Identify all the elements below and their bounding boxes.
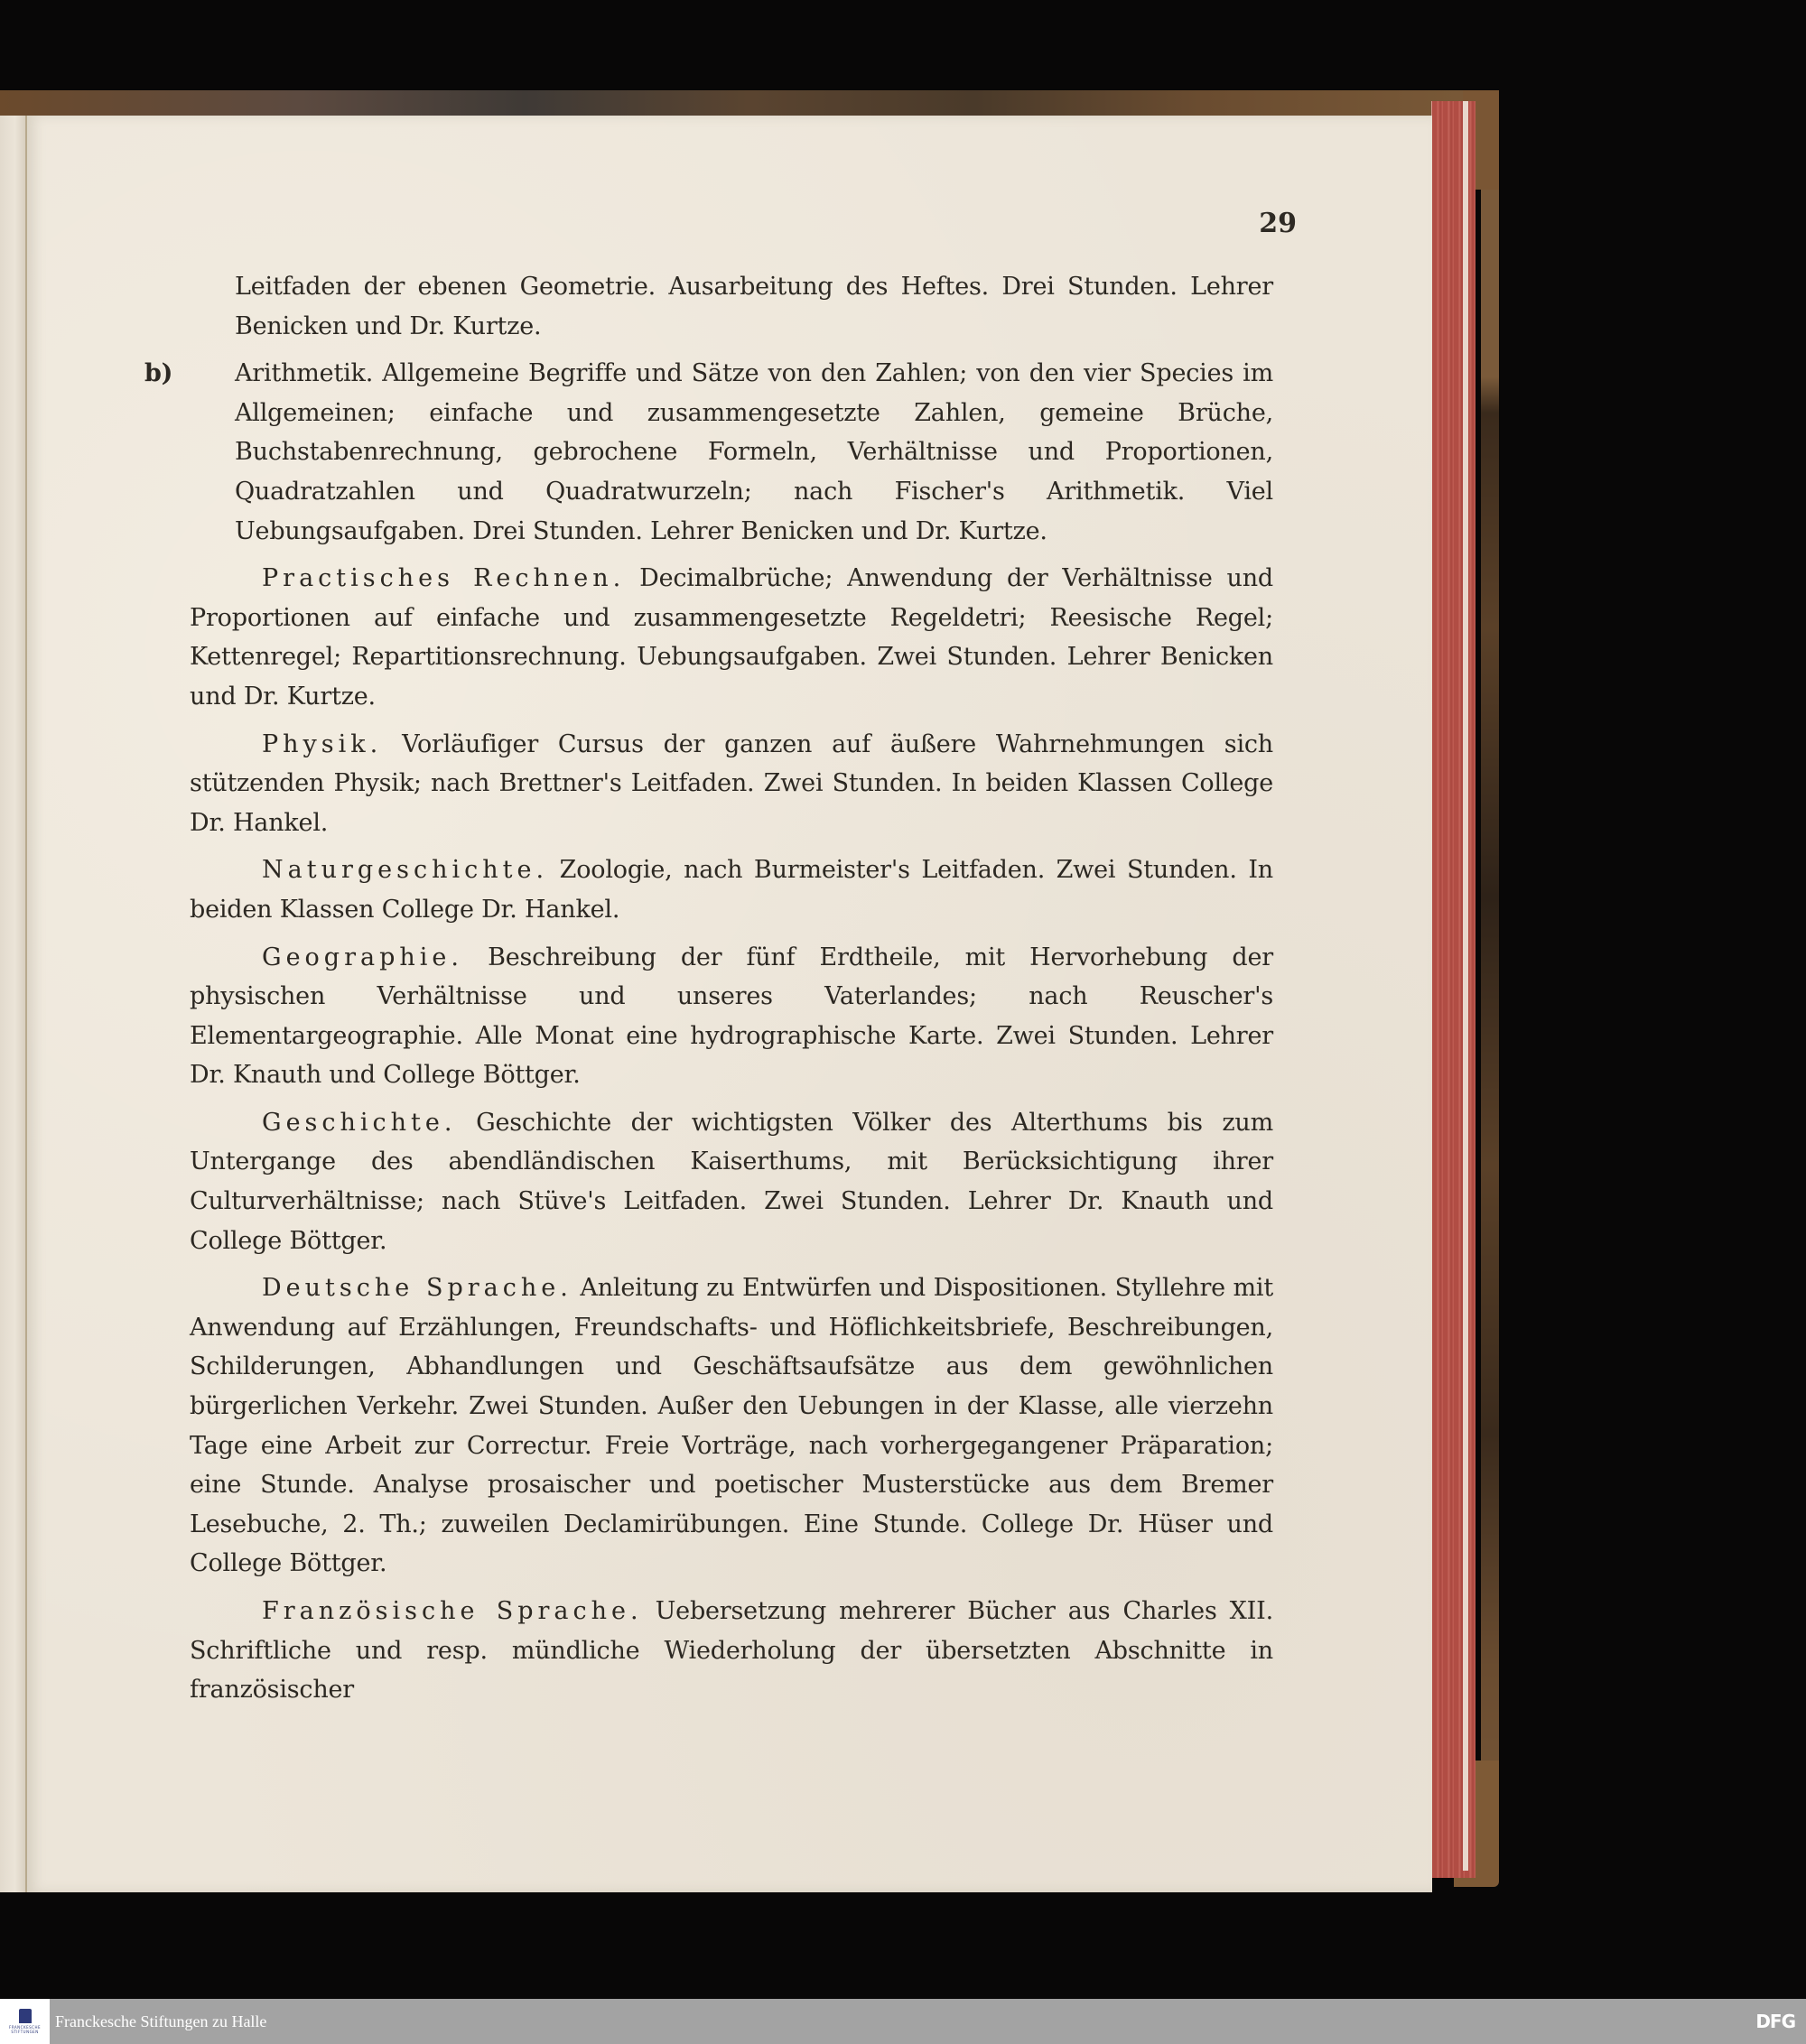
- section-heading: Deutsche Sprache.: [262, 1274, 573, 1302]
- facing-page-sliver: [0, 116, 27, 1892]
- page-text: Leitfaden der ebenen Geometrie. Ausarbei…: [190, 267, 1273, 1718]
- viewer-footer-bar: FRANCKESCHE STIFTUNGEN Franckesche Stift…: [0, 1999, 1806, 2044]
- page-fore-edge-highlight: [1463, 101, 1468, 1871]
- paragraph-text: Arithmetik. Allgemeine Begriffe und Sätz…: [235, 359, 1273, 544]
- section-heading: Geschichte.: [262, 1109, 456, 1137]
- paragraph-text: Anleitung zu Entwürfen und Dispositionen…: [190, 1274, 1273, 1577]
- logo-text-line2: STIFTUNGEN: [11, 2030, 38, 2034]
- paragraph-franzoesische-sprache: Französische Sprache. Uebersetzung mehre…: [190, 1592, 1273, 1710]
- list-label: b): [144, 354, 172, 394]
- paragraph-geometry-continued: Leitfaden der ebenen Geometrie. Ausarbei…: [190, 267, 1273, 346]
- section-heading: Naturgeschichte.: [262, 856, 548, 884]
- section-heading: Geographie.: [262, 943, 463, 971]
- paragraph-physik: Physik. Vorläufiger Cursus der ganzen au…: [190, 725, 1273, 843]
- francke-foundation-logo[interactable]: FRANCKESCHE STIFTUNGEN: [0, 1999, 50, 2044]
- francke-foundation-logo-icon: [19, 2009, 32, 2023]
- section-heading: Physik.: [262, 730, 382, 758]
- paragraph-arithmetik: b) Arithmetik. Allgemeine Begriffe und S…: [190, 354, 1273, 551]
- book-board-right: [1481, 90, 1499, 1882]
- paragraph-naturgeschichte: Naturgeschichte. Zoologie, nach Burmeist…: [190, 850, 1273, 929]
- institution-name: Franckesche Stiftungen zu Halle: [55, 2012, 266, 2031]
- paragraph-geschichte: Geschichte. Geschichte der wichtigsten V…: [190, 1103, 1273, 1260]
- paragraph-geographie: Geographie. Beschreibung der fünf Erdthe…: [190, 938, 1273, 1095]
- paragraph-deutsche-sprache: Deutsche Sprache. Anleitung zu Entwürfen…: [190, 1268, 1273, 1584]
- page-number: 29: [1259, 208, 1297, 239]
- section-heading: Französische Sprache.: [262, 1597, 643, 1625]
- page-fore-edge: [1431, 101, 1476, 1878]
- dfg-logo[interactable]: DFG: [1755, 2011, 1795, 2032]
- book-page: 29 Leitfaden der ebenen Geometrie. Ausar…: [27, 116, 1432, 1892]
- scan-stage: 29 Leitfaden der ebenen Geometrie. Ausar…: [0, 0, 1806, 1999]
- section-heading: Practisches Rechnen.: [262, 564, 625, 592]
- paragraph-practisches-rechnen: Practisches Rechnen. Decimalbrüche; Anwe…: [190, 559, 1273, 716]
- paragraph-text: Leitfaden der ebenen Geometrie. Ausarbei…: [235, 273, 1273, 340]
